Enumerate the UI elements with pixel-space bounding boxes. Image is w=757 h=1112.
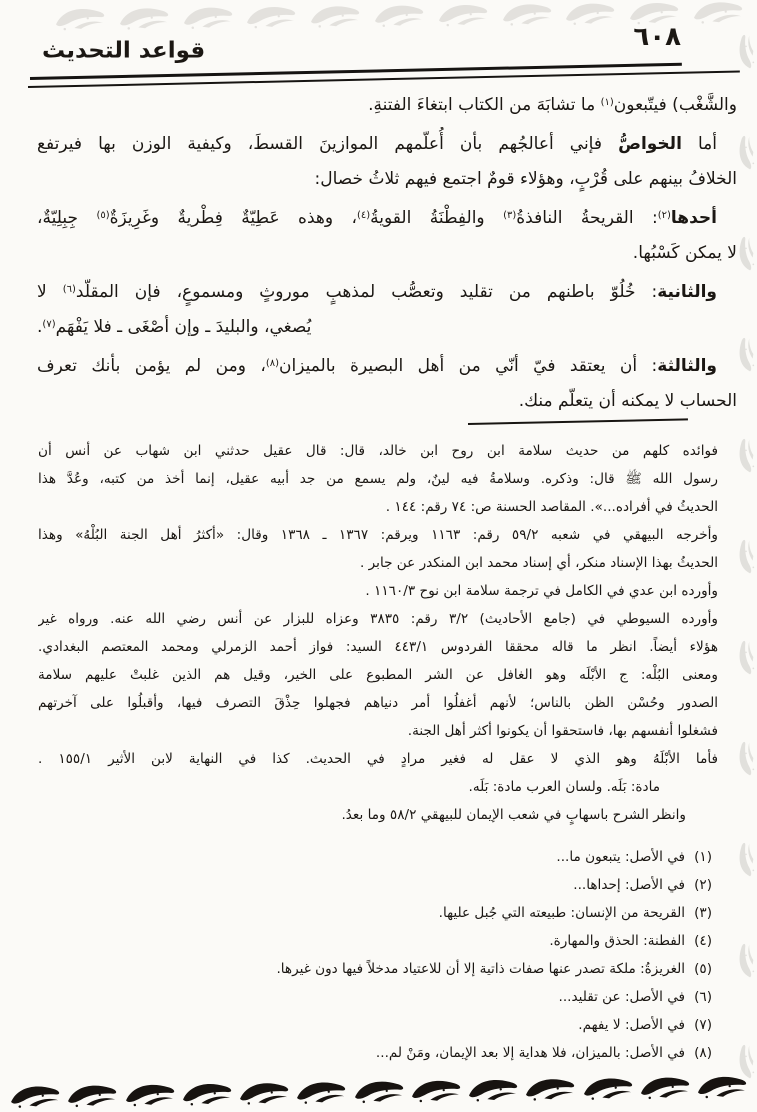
flourish-icon bbox=[374, 2, 426, 29]
footnote-item: (٧)في الأصل: لا يفهم. bbox=[38, 1011, 712, 1039]
book-title: قواعد التحديث bbox=[42, 39, 205, 64]
footnote-line: =فوائده كلهم من حديث سلامة ابن روح ابن خ… bbox=[38, 437, 718, 465]
footnote-item-text: في الأصل: لا يفهم. bbox=[578, 1017, 685, 1033]
flourish-icon bbox=[411, 1077, 463, 1104]
main-text-line: أحدها(٢): القريحةُ النافذةُ(٣) والفِطْنَ… bbox=[37, 201, 737, 236]
flourish-icon bbox=[582, 1074, 634, 1101]
header-rule-thick bbox=[30, 63, 682, 80]
footnote-item: (٣)القريحة من الإنسان: طبيعته التي جُبل … bbox=[38, 899, 712, 927]
footnote-item: (٨)في الأصل: بالميزان، فلا هداية إلا بعد… bbox=[38, 1039, 712, 1067]
main-text-line: أما الخواصُّ فإني أعالجُهم بأن أُعلّمهم … bbox=[37, 127, 737, 162]
main-text-line: والثالثة: أن يعتقد فيّ أنّي من أهل البصي… bbox=[37, 349, 737, 384]
flourish-icon bbox=[468, 1076, 520, 1103]
footnote-item: (٢)في الأصل: إحداها... bbox=[38, 871, 712, 899]
main-text: والشَّغْب) فيتّبعون(١) ما تشابَهَ من الك… bbox=[37, 88, 737, 419]
footnote-item: (٦)في الأصل: عن تقليد... bbox=[38, 983, 712, 1011]
footnote-item-text: في الأصل: إحداها... bbox=[573, 877, 685, 893]
flourish-icon bbox=[640, 1074, 692, 1101]
flourish-icon bbox=[10, 1082, 62, 1109]
footnote-item-text: في الأصل: يتبعون ما... bbox=[556, 849, 685, 865]
footnote-item: (١)في الأصل: يتبعون ما... bbox=[38, 843, 712, 871]
main-text-line: الخلافُ بينهم على قُرْبٍ، وهؤلاء قومٌ اج… bbox=[37, 162, 737, 197]
footnote-line-text: فوائده كلهم من حديث سلامة ابن روح ابن خا… bbox=[38, 443, 718, 459]
footnote-line: وانظر الشرح باسهابٍ في شعب الإيمان للبيه… bbox=[38, 801, 718, 829]
footnote-item: (٤)الفطنة: الحذق والمهارة. bbox=[38, 927, 712, 955]
flourish-icon bbox=[737, 538, 755, 574]
numbered-footnotes: (١)في الأصل: يتبعون ما... (٢)في الأصل: إ… bbox=[38, 843, 718, 1067]
footnote-line: هؤلاء أيضاً. انظر ما قاله محققا الفردوس … bbox=[38, 633, 718, 661]
footnote-line: فأما الأبْلَهُ وهو الذي لا عقل له فغير م… bbox=[38, 745, 718, 773]
footnote-number: (٨) bbox=[694, 1039, 712, 1067]
flourish-icon bbox=[737, 33, 755, 69]
footnote-line: الحديثُ بهذا الإسناد منكر، أي إسناد محمد… bbox=[38, 549, 718, 577]
flourish-icon bbox=[525, 1075, 577, 1102]
footnote-line: مادة: بَلَه. ولسان العرب مادة: بَلَه. bbox=[38, 773, 718, 801]
flourish-icon bbox=[296, 1078, 348, 1105]
flourish-icon bbox=[67, 1082, 119, 1109]
flourish-icon bbox=[124, 1081, 176, 1108]
flourish-icon bbox=[246, 3, 298, 30]
footnote-item-text: في الأصل: عن تقليد... bbox=[559, 989, 686, 1005]
footnote-item-text: الغريزةُ: ملكة تصدر عنها صفات ذاتية إلا … bbox=[276, 961, 685, 977]
page-number: ٦٠٨ bbox=[633, 22, 681, 52]
flourish-icon bbox=[501, 0, 553, 27]
flourish-icon bbox=[353, 1078, 405, 1105]
main-text-line: والثانية: خُلُوّ باطنهم من تقليد وتعصُّب… bbox=[37, 275, 737, 310]
footnote-line: الصدور وحُسْن الظن بالناس؛ لأنهم أغفلُوا… bbox=[38, 689, 718, 717]
flourish-icon bbox=[239, 1079, 291, 1106]
bottom-ornament-band bbox=[10, 1070, 749, 1112]
header-rule-thin bbox=[28, 70, 740, 87]
footnote-number: (٢) bbox=[694, 871, 712, 899]
flourish-icon bbox=[119, 4, 171, 31]
flourish-icon bbox=[565, 0, 617, 26]
footnote-item-text: في الأصل: بالميزان، فلا هداية إلا بعد ال… bbox=[376, 1045, 685, 1061]
flourish-icon bbox=[737, 235, 755, 271]
footnote-item-text: القريحة من الإنسان: طبيعته التي جُبل علي… bbox=[439, 905, 685, 921]
flourish-icon bbox=[737, 336, 755, 372]
flourish-icon bbox=[737, 942, 755, 978]
footnote-line: الحديثُ في أفراده...». المقاصد الحسنة ص:… bbox=[38, 493, 718, 521]
footnote-line: فشغلوا أنفسهم بها، فاستحقوا أن يكونوا أك… bbox=[38, 717, 718, 745]
main-text-line: يُصغي، والبليدَ ـ وإن أصْغَى ـ فلا يَفْه… bbox=[37, 310, 737, 345]
flourish-icon bbox=[182, 4, 234, 31]
footnote-line: وأخرجه البيهقي في شعبه ٥٩/٢ رقم: ١١٦٣ وي… bbox=[38, 521, 718, 549]
book-page: ٦٠٨ قواعد التحديث والشَّغْب) فيتّبعون(١)… bbox=[0, 0, 757, 1112]
footnote-number: (٤) bbox=[694, 927, 712, 955]
flourish-icon bbox=[182, 1080, 234, 1107]
footnote-line: وأورده السيوطي في (جامع الأحاديث) ٣/٢ رق… bbox=[38, 605, 718, 633]
footnote-number: (٣) bbox=[694, 899, 712, 927]
main-text-line: والشَّغْب) فيتّبعون(١) ما تشابَهَ من الك… bbox=[37, 88, 737, 123]
flourish-icon bbox=[310, 2, 362, 29]
footnote-number: (٥) bbox=[694, 955, 712, 983]
footnote-line: رسول الله ﷺ قال: وذكره. وسلامةُ فيه لينٌ… bbox=[38, 465, 718, 493]
footnote-line: ومعنى البُلْه: ج الأبْلَه وهو الغافل عن … bbox=[38, 661, 718, 689]
main-text-line: لا يمكن كَسْبُها. bbox=[37, 236, 737, 271]
footnote-item: (٥)الغريزةُ: ملكة تصدر عنها صفات ذاتية إ… bbox=[38, 955, 712, 983]
footnote-item-text: الفطنة: الحذق والمهارة. bbox=[549, 933, 685, 949]
flourish-icon bbox=[737, 437, 755, 473]
flourish-icon bbox=[737, 134, 755, 170]
main-text-line: الحساب لا يمكنه أن يتعلّم منك. bbox=[37, 384, 737, 419]
flourish-icon bbox=[737, 740, 755, 776]
flourish-icon bbox=[55, 5, 107, 32]
flourish-icon bbox=[737, 841, 755, 877]
footnotes-section: =فوائده كلهم من حديث سلامة ابن روح ابن خ… bbox=[38, 437, 718, 1067]
footnote-number: (٦) bbox=[694, 983, 712, 1011]
footnote-number: (١) bbox=[694, 843, 712, 871]
footnote-number: (٧) bbox=[694, 1011, 712, 1039]
footnote-separator bbox=[468, 418, 688, 425]
side-ornament-band bbox=[735, 0, 757, 1112]
flourish-icon bbox=[697, 1073, 749, 1100]
flourish-icon bbox=[438, 1, 490, 28]
flourish-icon bbox=[737, 639, 755, 675]
footnote-line: وأورده ابن عدي في الكامل في ترجمة سلامة … bbox=[38, 577, 718, 605]
